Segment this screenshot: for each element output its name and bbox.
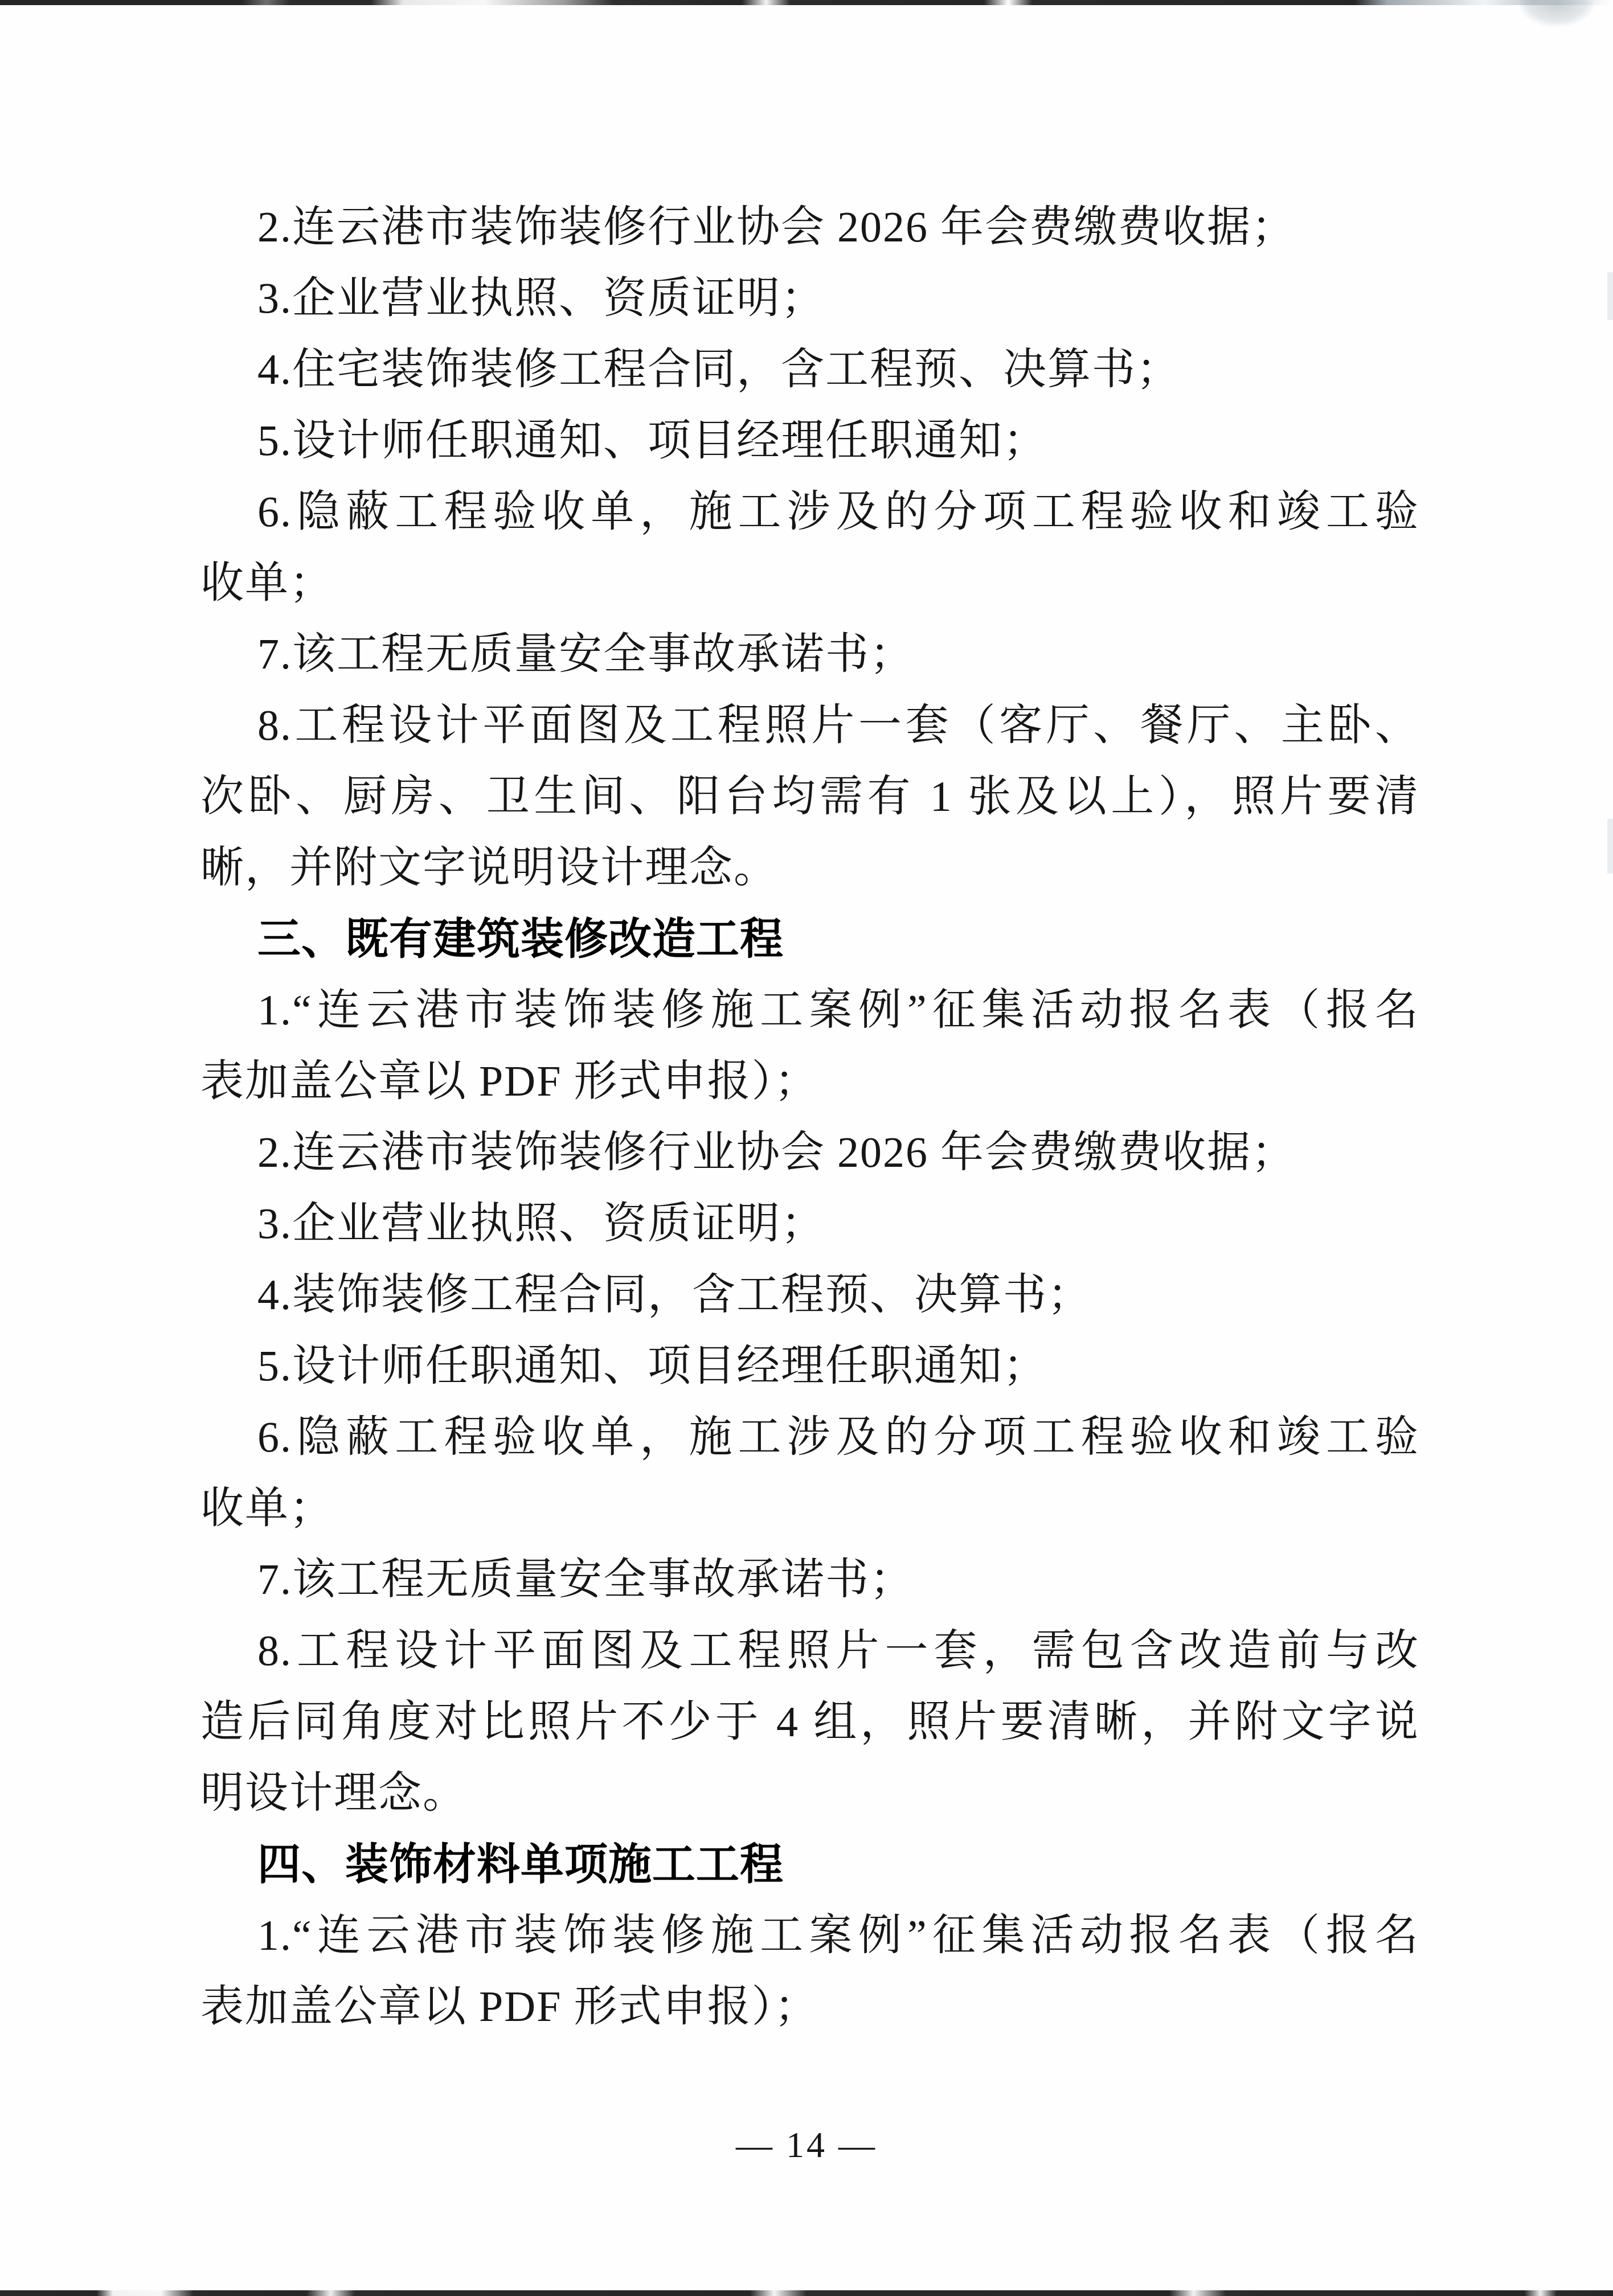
scan-artifact-top-edge — [0, 0, 1613, 5]
text-line: 次卧、厨房、卫生间、阳台均需有 1 张及以上），照片要清 — [200, 761, 1419, 833]
text-line: 造后同角度对比照片不少于 4 组，照片要清晰，并附文字说 — [200, 1687, 1419, 1758]
document-page: 2.连云港市装饰装修行业协会 2026 年会费缴费收据；3.企业营业执照、资质证… — [0, 0, 1613, 2296]
text-line: 1.“连云港市装饰装修施工案例”征集活动报名表（报名 — [200, 1900, 1419, 1971]
text-line: 5.设计师任职通知、项目经理任职通知； — [200, 1331, 1419, 1402]
section-heading: 三、既有建筑装修改造工程 — [200, 904, 1419, 975]
text-line: 8.工程设计平面图及工程照片一套，需包含改造前与改 — [200, 1616, 1419, 1687]
text-line: 1.“连云港市装饰装修施工案例”征集活动报名表（报名 — [200, 975, 1419, 1046]
section-heading: 四、装饰材料单项施工工程 — [200, 1829, 1419, 1900]
text-line: 8.工程设计平面图及工程照片一套（客厅、餐厅、主卧、 — [200, 690, 1419, 761]
text-line: 晰，并附文字说明设计理念。 — [200, 833, 1419, 904]
text-line: 6.隐蔽工程验收单，施工涉及的分项工程验收和竣工验 — [200, 477, 1419, 548]
text-line: 2.连云港市装饰装修行业协会 2026 年会费缴费收据； — [200, 192, 1419, 263]
text-line: 表加盖公章以 PDF 形式申报）； — [200, 1046, 1419, 1117]
page-number: — 14 — — [0, 2114, 1613, 2176]
scan-artifact-bottom-edge — [0, 2290, 1613, 2296]
text-line: 2.连云港市装饰装修行业协会 2026 年会费缴费收据； — [200, 1117, 1419, 1188]
text-line: 7.该工程无质量安全事故承诺书； — [200, 1544, 1419, 1616]
text-line: 收单； — [200, 1473, 1419, 1544]
text-line: 3.企业营业执照、资质证明； — [200, 263, 1419, 334]
document-body: 2.连云港市装饰装修行业协会 2026 年会费缴费收据；3.企业营业执照、资质证… — [200, 192, 1419, 2043]
text-line: 表加盖公章以 PDF 形式申报）； — [200, 1971, 1419, 2043]
text-line: 明设计理念。 — [200, 1758, 1419, 1829]
scan-artifact-right-edge-sliver — [1607, 272, 1613, 320]
text-line: 3.企业营业执照、资质证明； — [200, 1188, 1419, 1260]
text-line: 7.该工程无质量安全事故承诺书； — [200, 619, 1419, 690]
text-line: 4.住宅装饰装修工程合同，含工程预、决算书； — [200, 334, 1419, 405]
text-line: 4.装饰装修工程合同，含工程预、决算书； — [200, 1260, 1419, 1331]
text-line: 收单； — [200, 548, 1419, 619]
scan-artifact-corner-smudge — [1520, 0, 1594, 26]
scan-artifact-right-edge-sliver — [1607, 819, 1613, 874]
text-line: 5.设计师任职通知、项目经理任职通知； — [200, 405, 1419, 477]
text-line: 6.隐蔽工程验收单，施工涉及的分项工程验收和竣工验 — [200, 1402, 1419, 1473]
